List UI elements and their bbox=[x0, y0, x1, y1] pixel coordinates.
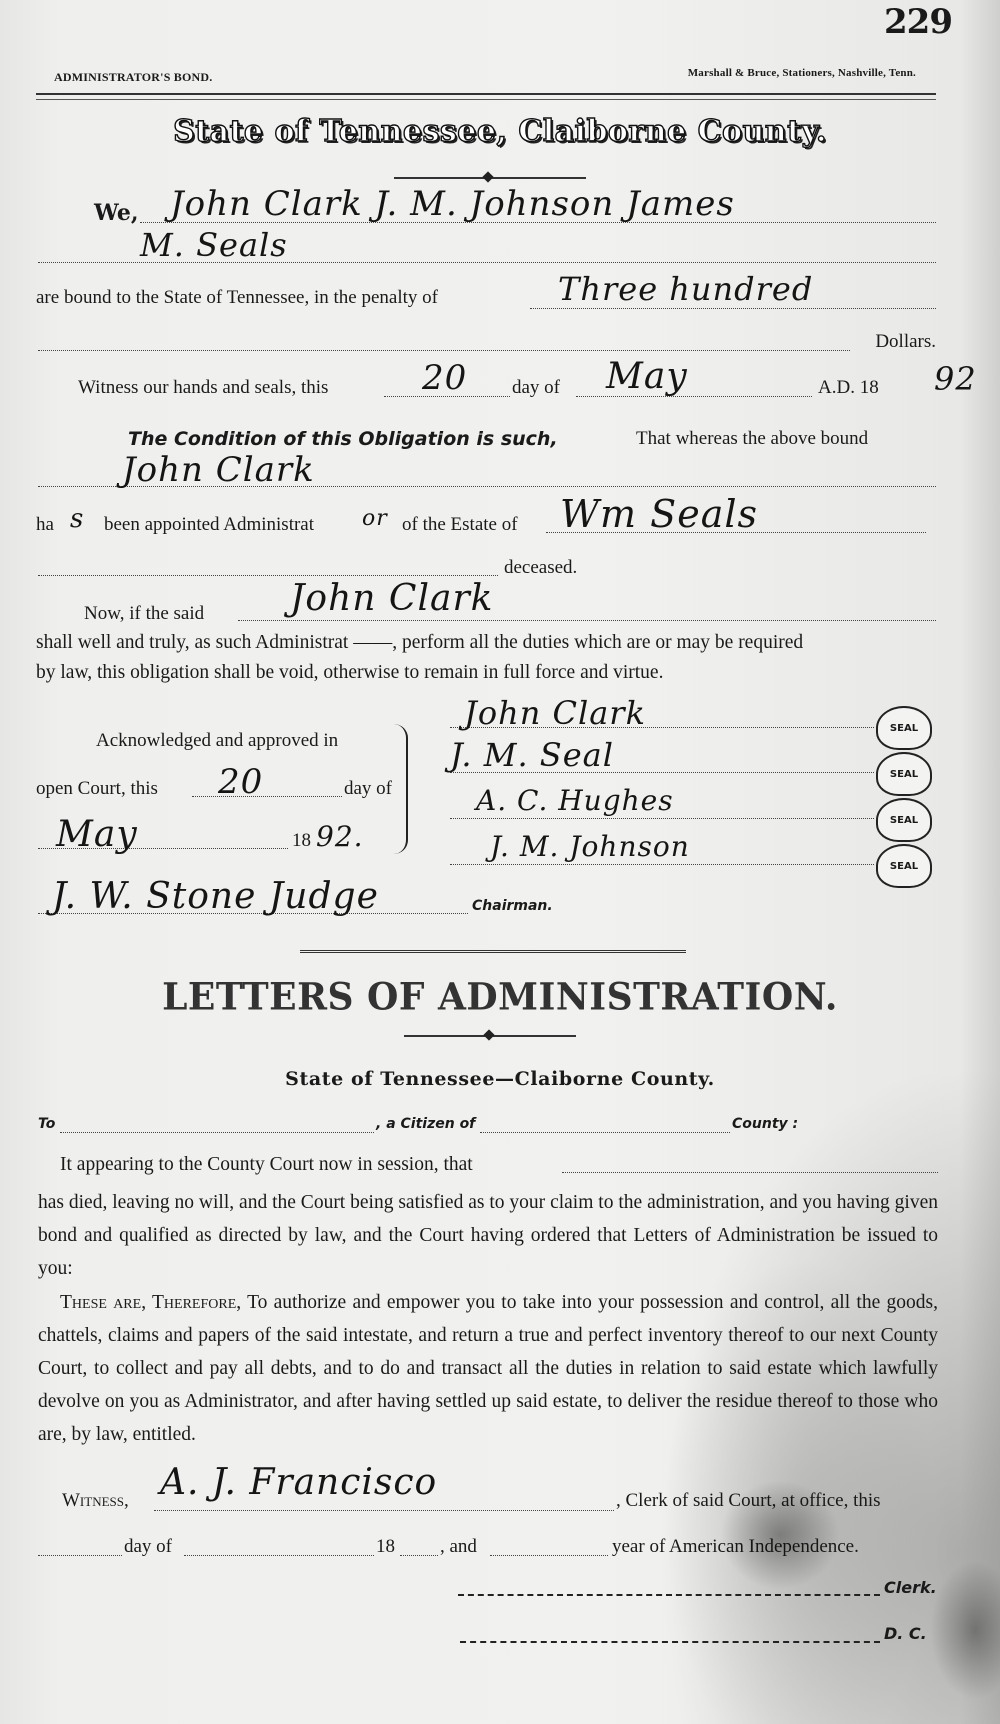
letters-subtitle: State of Tennessee—Claiborne County. bbox=[0, 1068, 1000, 1090]
obligors-handwritten-2: M. Seals bbox=[140, 226, 288, 264]
chairman-label: Chairman. bbox=[472, 898, 553, 914]
para1-body: has died, leaving no will, and the Court… bbox=[38, 1186, 938, 1285]
independence-year-line bbox=[490, 1555, 608, 1556]
ack-day-line bbox=[192, 796, 342, 797]
page-number: 229 bbox=[884, 2, 952, 42]
para2: These are, Therefore, To authorize and e… bbox=[38, 1286, 938, 1451]
witness-day-handwritten: 20 bbox=[422, 358, 467, 398]
penalty-amount-handwritten: Three hundred bbox=[558, 270, 813, 308]
letters-title: LETTERS OF ADMINISTRATION. bbox=[0, 975, 1000, 1019]
ack-year-label: 18 bbox=[292, 830, 311, 852]
ha-fill-handwritten: s bbox=[70, 504, 84, 534]
section-divider bbox=[300, 950, 686, 953]
county-label: County : bbox=[732, 1116, 798, 1132]
ack-month-handwritten: May bbox=[56, 814, 138, 855]
condition-text: That whereas the above bound bbox=[636, 428, 868, 450]
deceased-label: deceased. bbox=[504, 557, 577, 579]
dollars-label: Dollars. bbox=[875, 331, 936, 353]
chairman-signature-handwritten: J. W. Stone Judge bbox=[52, 876, 379, 917]
signature-line-3 bbox=[450, 818, 874, 819]
appointed-fill-handwritten: or bbox=[362, 506, 388, 531]
penalty-line-2 bbox=[38, 350, 850, 351]
form-name: ADMINISTRATOR'S BOND. bbox=[54, 70, 212, 85]
witness-month-handwritten: May bbox=[606, 356, 688, 397]
clerk-signature-line bbox=[458, 1594, 880, 1596]
ack-day-of: day of bbox=[344, 778, 392, 800]
header-rule-secondary bbox=[36, 99, 936, 100]
ack-line-1: Acknowledged and approved in bbox=[96, 730, 338, 752]
witness-clerk-line bbox=[154, 1510, 614, 1511]
seal-icon: SEAL bbox=[876, 844, 932, 888]
condition-heading: The Condition of this Obligation is such… bbox=[128, 428, 558, 450]
signature-4-handwritten: J. M. Johnson bbox=[490, 830, 690, 863]
ack-open-court: open Court, this bbox=[36, 778, 158, 800]
ha-label: ha bbox=[36, 514, 54, 536]
bond-title: State of Tennessee, Claiborne County. bbox=[0, 114, 1000, 149]
witness-clerk-signature-handwritten: A. J. Francisco bbox=[160, 1462, 437, 1503]
clerk-year-line bbox=[400, 1555, 438, 1556]
estate-of-handwritten: Wm Seals bbox=[560, 492, 758, 536]
we-label: We, bbox=[94, 200, 139, 226]
para2-text: To authorize and empower you to take int… bbox=[38, 1292, 938, 1445]
signature-line-4 bbox=[450, 864, 874, 865]
to-label: To bbox=[38, 1116, 55, 1132]
clerk-label: Clerk. bbox=[884, 1578, 937, 1597]
dc-signature-line bbox=[460, 1641, 880, 1643]
ornament-diamond-icon bbox=[483, 1029, 494, 1040]
witness-year-handwritten: 92 bbox=[934, 360, 977, 398]
dc-label: D. C. bbox=[884, 1624, 927, 1643]
signature-3-handwritten: A. C. Hughes bbox=[476, 784, 674, 817]
duties-line-2: by law, this obligation shall be void, o… bbox=[36, 662, 663, 684]
and-label: , and bbox=[440, 1536, 477, 1558]
witness-prefix: Witness our hands and seals, this bbox=[78, 377, 328, 399]
obligors-handwritten-1: John Clark J. M. Johnson James bbox=[170, 184, 735, 224]
citizen-label: , a Citizen of bbox=[376, 1116, 475, 1132]
ack-brace bbox=[392, 724, 408, 854]
now-if-label: Now, if the said bbox=[84, 603, 204, 625]
witness-label: Witness, bbox=[62, 1490, 129, 1512]
ack-year-handwritten: 92. bbox=[316, 820, 364, 853]
now-if-line bbox=[238, 620, 936, 621]
ornament-diamond-icon bbox=[482, 171, 493, 182]
document-page: 229 ADMINISTRATOR'S BOND. Marshall & Bru… bbox=[0, 0, 1000, 1724]
para1-first-line: It appearing to the County Court now in … bbox=[60, 1154, 473, 1176]
now-if-name-handwritten: John Clark bbox=[290, 578, 493, 619]
signature-2-handwritten: J. M. Seal bbox=[450, 736, 614, 774]
duties-line-1: shall well and truly, as such Administra… bbox=[36, 632, 803, 654]
ad-label: A.D. 18 bbox=[818, 377, 879, 399]
estate-text: of the Estate of bbox=[402, 514, 518, 536]
clerk-month-line bbox=[184, 1555, 374, 1556]
signature-1-handwritten: John Clark bbox=[464, 694, 646, 732]
clerk-day-of-label: day of bbox=[124, 1536, 172, 1558]
deceased-line bbox=[38, 575, 498, 576]
clerk-year-label: 18 bbox=[376, 1536, 395, 1558]
printer-imprint: Marshall & Bruce, Stationers, Nashville,… bbox=[688, 67, 916, 79]
ack-day-handwritten: 20 bbox=[218, 762, 263, 802]
para2-lead: These are, Therefore, bbox=[60, 1292, 241, 1313]
administrator-name-handwritten: John Clark bbox=[122, 450, 315, 490]
paper-stain bbox=[720, 1480, 840, 1590]
seal-icon: SEAL bbox=[876, 798, 932, 842]
day-of-label: day of bbox=[512, 377, 560, 399]
bound-text: are bound to the State of Tennessee, in … bbox=[36, 287, 438, 309]
seal-icon: SEAL bbox=[876, 706, 932, 750]
paper-stain bbox=[930, 1560, 1000, 1700]
to-line bbox=[60, 1132, 374, 1133]
deceased-name-line bbox=[562, 1172, 938, 1173]
citizen-line bbox=[480, 1132, 730, 1133]
penalty-line bbox=[530, 308, 936, 309]
clerk-day-line bbox=[38, 1555, 122, 1556]
header-rule bbox=[36, 93, 936, 95]
seal-icon: SEAL bbox=[876, 752, 932, 796]
appointed-text: been appointed Administrat bbox=[104, 514, 314, 536]
